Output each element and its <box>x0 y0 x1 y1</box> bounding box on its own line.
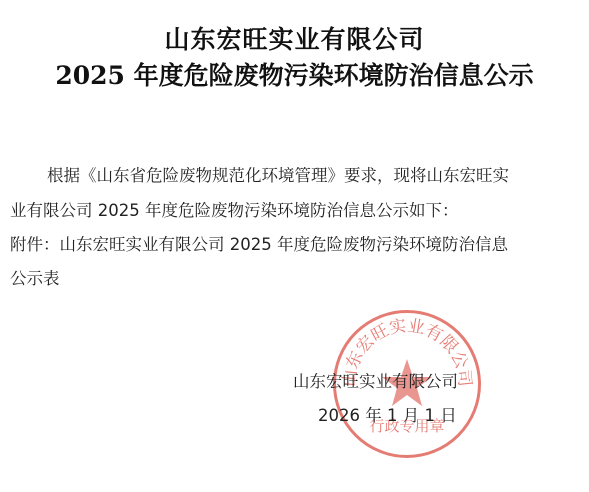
signature-company: 山东宏旺实业有限公司 <box>293 368 458 392</box>
attachment-line-2: 公示表 <box>10 265 570 289</box>
paragraph-line-2: 业有限公司 2025 年度危险废物污染环境防治信息公示如下： <box>10 197 570 221</box>
attachment-line-1: 附件：山东宏旺实业有限公司 2025 年度危险废物污染环境防治信息 <box>10 231 570 255</box>
paragraph-line-1: 根据《山东省危险废物规范化环境管理》要求，现将山东宏旺实 <box>47 162 589 186</box>
document-title-company: 山东宏旺实业有限公司 <box>0 20 589 56</box>
document-title-subject: 2025 年度危险废物污染环境防治信息公示 <box>0 56 589 92</box>
signature-date: 2026 年 1 月 1 日 <box>318 402 457 426</box>
